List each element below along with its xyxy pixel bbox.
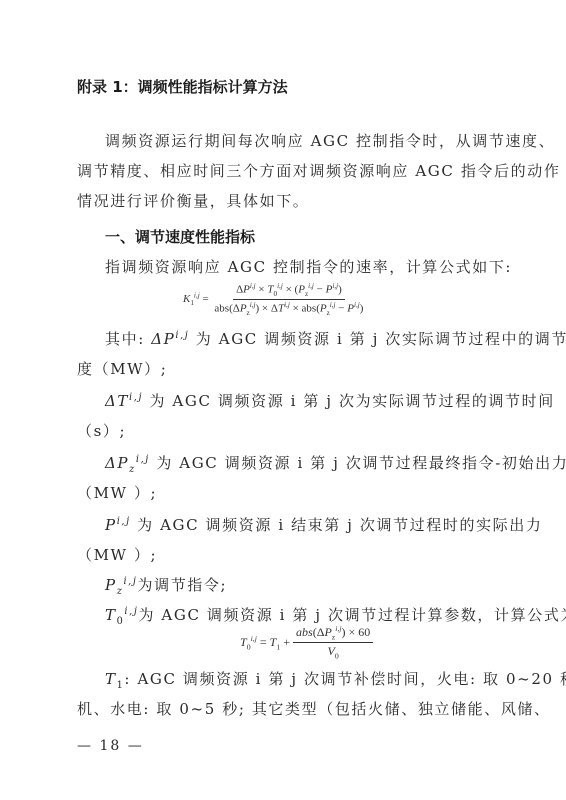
def-delta-t: ΔTi,j 为 AGC 调频资源 i 第 j 次为实际调节过程的调节时间 [105, 390, 555, 411]
def-delta-pz-cont: （MW ）; [77, 482, 157, 503]
intro-line-1: 调频资源运行期间每次响应 AGC 控制指令时，从调节速度、 [105, 130, 555, 151]
def-t1-cont: 机、水电: 取 0~5 秒; 其它类型（包括火储、独立储能、风储、 [77, 698, 551, 719]
def-delta-t-cont: （s）; [77, 420, 126, 441]
intro-line-2: 调节精度、相应时间三个方面对调频资源响应 AGC 指令后的动作 [77, 160, 560, 181]
def-delta-p-cont: 度（MW）; [77, 358, 167, 379]
formula-t0: T0i,j = T1 + abs(ΔPzi,j) × 60 V0 [240, 624, 373, 661]
def-delta-pz: ΔPzi,j 为 AGC 调频资源 i 第 j 次调节过程最终指令-初始出力 [105, 452, 566, 475]
page-number: — 18 — [77, 738, 144, 754]
def-pz: Pzi,j为调节指令; [105, 574, 227, 597]
section-lead: 指调频资源响应 AGC 控制指令的速率，计算公式如下: [105, 256, 512, 277]
def-delta-p: 其中: ΔPi,j 为 AGC 调频资源 i 第 j 次实际调节过程中的调节幅 [105, 328, 566, 349]
document-page: 附录 1：调频性能指标计算方法 调频资源运行期间每次响应 AGC 控制指令时，从… [0, 0, 566, 800]
appendix-title: 附录 1：调频性能指标计算方法 [77, 76, 288, 97]
def-t1: T1: AGC 调频资源 i 第 j 次调节补偿时间，火电: 取 0~20 秒;… [105, 668, 566, 691]
def-p-cont: （MW ）; [77, 544, 157, 565]
def-p: Pi,j 为 AGC 调频资源 i 结束第 j 次调节过程时的实际出力 [105, 514, 542, 535]
section-heading: 一、调节速度性能指标 [105, 226, 255, 247]
intro-line-3: 情况进行评价衡量，具体如下。 [77, 190, 309, 211]
formula-k1: K1i,j = ΔPi,j × T0i,j × (Pzi,j − Pi,j) a… [183, 282, 366, 317]
